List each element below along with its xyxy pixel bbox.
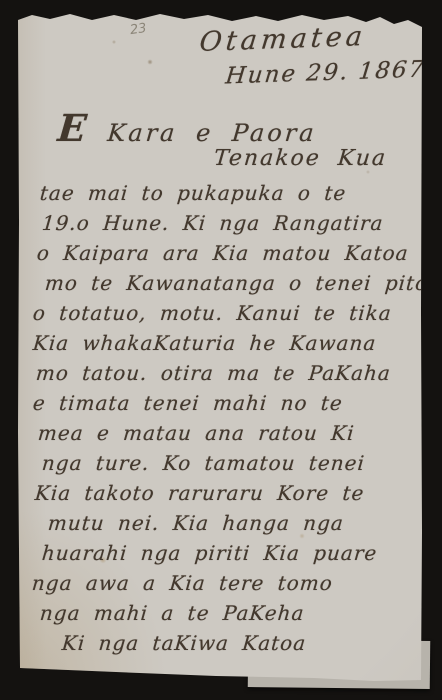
letter-line: nga ture. Ko tamatou tenei: [41, 448, 424, 478]
letter-line: nga mahi a te PaKeha: [39, 598, 424, 628]
letter-line: o totatuo, motu. Kanui te tika: [32, 298, 424, 328]
letter-line: mo tatou. otira ma te PaKaha: [35, 358, 424, 388]
letter-line: mo te Kawanatanga o tenei pito: [44, 268, 424, 298]
letter-line: mea e matau ana ratou Ki: [37, 418, 424, 448]
letter-body: tae mai to pukapuka o te19.o Hune. Ki ng…: [18, 178, 422, 658]
letter-line: tae mai to pukapuka o te: [39, 178, 424, 208]
letter-photograph: 23 Otamatea Hune 29. 1867 E Kara e Paora…: [0, 0, 442, 700]
letter-line: 19.o Hune. Ki nga Rangatira: [41, 208, 424, 238]
letter-place: Otamatea: [198, 21, 368, 58]
letter-line: Ki nga taKiwa Katoa: [61, 628, 424, 658]
letter-line: Kia whakaKaturia he Kawana: [32, 328, 424, 358]
letter-paper: 23 Otamatea Hune 29. 1867 E Kara e Paora…: [18, 12, 422, 684]
letter-line: Kia takoto raruraru Kore te: [34, 478, 424, 508]
letter-opening: Tenakoe Kua: [213, 146, 388, 171]
letter-line: mutu nei. Kia hanga nga: [47, 508, 424, 538]
letter-line: nga awa a Kia tere tomo: [31, 568, 424, 598]
letter-line: huarahi nga piriti Kia puare: [41, 538, 424, 568]
letter-line: o Kaipara ara Kia matou Katoa: [36, 238, 424, 268]
pencil-page-number: 23: [129, 21, 147, 38]
letter-line: e timata tenei mahi no te: [32, 388, 424, 418]
letter-salutation: E Kara e Paora: [56, 106, 319, 150]
letter-date: Hune 29. 1867: [224, 57, 427, 90]
